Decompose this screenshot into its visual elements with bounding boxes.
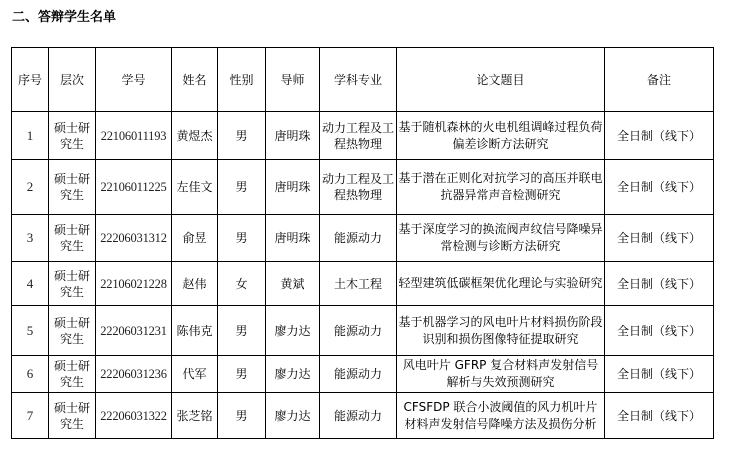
cell-name: 黄煜杰	[172, 112, 218, 160]
cell-major: 能源动力	[320, 356, 397, 393]
header-name: 姓名	[172, 48, 218, 112]
cell-student-id: 22206031312	[96, 215, 172, 262]
cell-thesis-title: 基于潜在正则化对抗学习的高压并联电抗器异常声音检测研究	[397, 160, 605, 215]
cell-note: 全日制（线下）	[605, 160, 714, 215]
defense-student-table: 序号 层次 学号 姓名 性别 导师 学科专业 论文题目 备注 1 硕士研究生 2…	[11, 47, 714, 439]
cell-thesis-title: 风电叶片 GFRP 复合材料声发射信号解析与失效预测研究	[397, 356, 605, 393]
cell-gender: 男	[218, 160, 266, 215]
cell-no: 5	[12, 306, 49, 356]
cell-major: 土木工程	[320, 262, 397, 306]
cell-name: 陈伟克	[172, 306, 218, 356]
section-heading: 二、答辩学生名单	[12, 6, 116, 25]
cell-level: 硕士研究生	[49, 262, 96, 306]
cell-advisor: 唐明珠	[266, 215, 320, 262]
cell-major: 能源动力	[320, 215, 397, 262]
cell-thesis-title: 基于随机森林的火电机组调峰过程负荷偏差诊断方法研究	[397, 112, 605, 160]
cell-student-id: 22106011193	[96, 112, 172, 160]
header-gender: 性别	[218, 48, 266, 112]
cell-gender: 男	[218, 393, 266, 439]
cell-note: 全日制（线下）	[605, 262, 714, 306]
cell-thesis-title: 基于深度学习的换流阀声纹信号降噪异常检测与诊断方法研究	[397, 215, 605, 262]
cell-level: 硕士研究生	[49, 356, 96, 393]
cell-student-id: 22106021228	[96, 262, 172, 306]
cell-student-id: 22106011225	[96, 160, 172, 215]
table-row: 4 硕士研究生 22106021228 赵伟 女 黄斌 土木工程 轻型建筑低碳框…	[12, 262, 714, 306]
cell-student-id: 22206031231	[96, 306, 172, 356]
cell-level: 硕士研究生	[49, 112, 96, 160]
cell-no: 6	[12, 356, 49, 393]
cell-name: 代军	[172, 356, 218, 393]
cell-note: 全日制（线下）	[605, 215, 714, 262]
cell-name: 张芝铭	[172, 393, 218, 439]
cell-major: 动力工程及工程热物理	[320, 112, 397, 160]
cell-student-id: 22206031322	[96, 393, 172, 439]
cell-student-id: 22206031236	[96, 356, 172, 393]
cell-gender: 女	[218, 262, 266, 306]
cell-level: 硕士研究生	[49, 215, 96, 262]
header-no: 序号	[12, 48, 49, 112]
cell-gender: 男	[218, 112, 266, 160]
cell-gender: 男	[218, 306, 266, 356]
cell-advisor: 廖力达	[266, 306, 320, 356]
cell-no: 3	[12, 215, 49, 262]
cell-thesis-title: 基于机器学习的风电叶片材料损伤阶段识别和损伤图像特征提取研究	[397, 306, 605, 356]
table-row: 7 硕士研究生 22206031322 张芝铭 男 廖力达 能源动力 CFSFD…	[12, 393, 714, 439]
cell-name: 俞昱	[172, 215, 218, 262]
cell-advisor: 唐明珠	[266, 160, 320, 215]
cell-note: 全日制（线下）	[605, 393, 714, 439]
table-row: 1 硕士研究生 22106011193 黄煜杰 男 唐明珠 动力工程及工程热物理…	[12, 112, 714, 160]
cell-note: 全日制（线下）	[605, 356, 714, 393]
header-advisor: 导师	[266, 48, 320, 112]
cell-level: 硕士研究生	[49, 160, 96, 215]
header-note: 备注	[605, 48, 714, 112]
cell-advisor: 廖力达	[266, 393, 320, 439]
cell-level: 硕士研究生	[49, 306, 96, 356]
cell-no: 2	[12, 160, 49, 215]
cell-advisor: 廖力达	[266, 356, 320, 393]
cell-major: 能源动力	[320, 306, 397, 356]
cell-no: 4	[12, 262, 49, 306]
cell-advisor: 唐明珠	[266, 112, 320, 160]
table-row: 3 硕士研究生 22206031312 俞昱 男 唐明珠 能源动力 基于深度学习…	[12, 215, 714, 262]
table-row: 5 硕士研究生 22206031231 陈伟克 男 廖力达 能源动力 基于机器学…	[12, 306, 714, 356]
header-level: 层次	[49, 48, 96, 112]
cell-advisor: 黄斌	[266, 262, 320, 306]
header-thesis-title: 论文题目	[397, 48, 605, 112]
header-row: 序号 层次 学号 姓名 性别 导师 学科专业 论文题目 备注	[12, 48, 714, 112]
header-major: 学科专业	[320, 48, 397, 112]
cell-gender: 男	[218, 215, 266, 262]
cell-note: 全日制（线下）	[605, 112, 714, 160]
cell-thesis-title: CFSFDP 联合小波阈值的风力机叶片材料声发射信号降噪方法及损伤分析	[397, 393, 605, 439]
cell-name: 赵伟	[172, 262, 218, 306]
table-row: 2 硕士研究生 22106011225 左佳文 男 唐明珠 动力工程及工程热物理…	[12, 160, 714, 215]
cell-gender: 男	[218, 356, 266, 393]
cell-no: 7	[12, 393, 49, 439]
cell-thesis-title: 轻型建筑低碳框架优化理论与实验研究	[397, 262, 605, 306]
cell-note: 全日制（线下）	[605, 306, 714, 356]
table-row: 6 硕士研究生 22206031236 代军 男 廖力达 能源动力 风电叶片 G…	[12, 356, 714, 393]
cell-name: 左佳文	[172, 160, 218, 215]
cell-no: 1	[12, 112, 49, 160]
cell-major: 能源动力	[320, 393, 397, 439]
cell-level: 硕士研究生	[49, 393, 96, 439]
cell-major: 动力工程及工程热物理	[320, 160, 397, 215]
header-student-id: 学号	[96, 48, 172, 112]
